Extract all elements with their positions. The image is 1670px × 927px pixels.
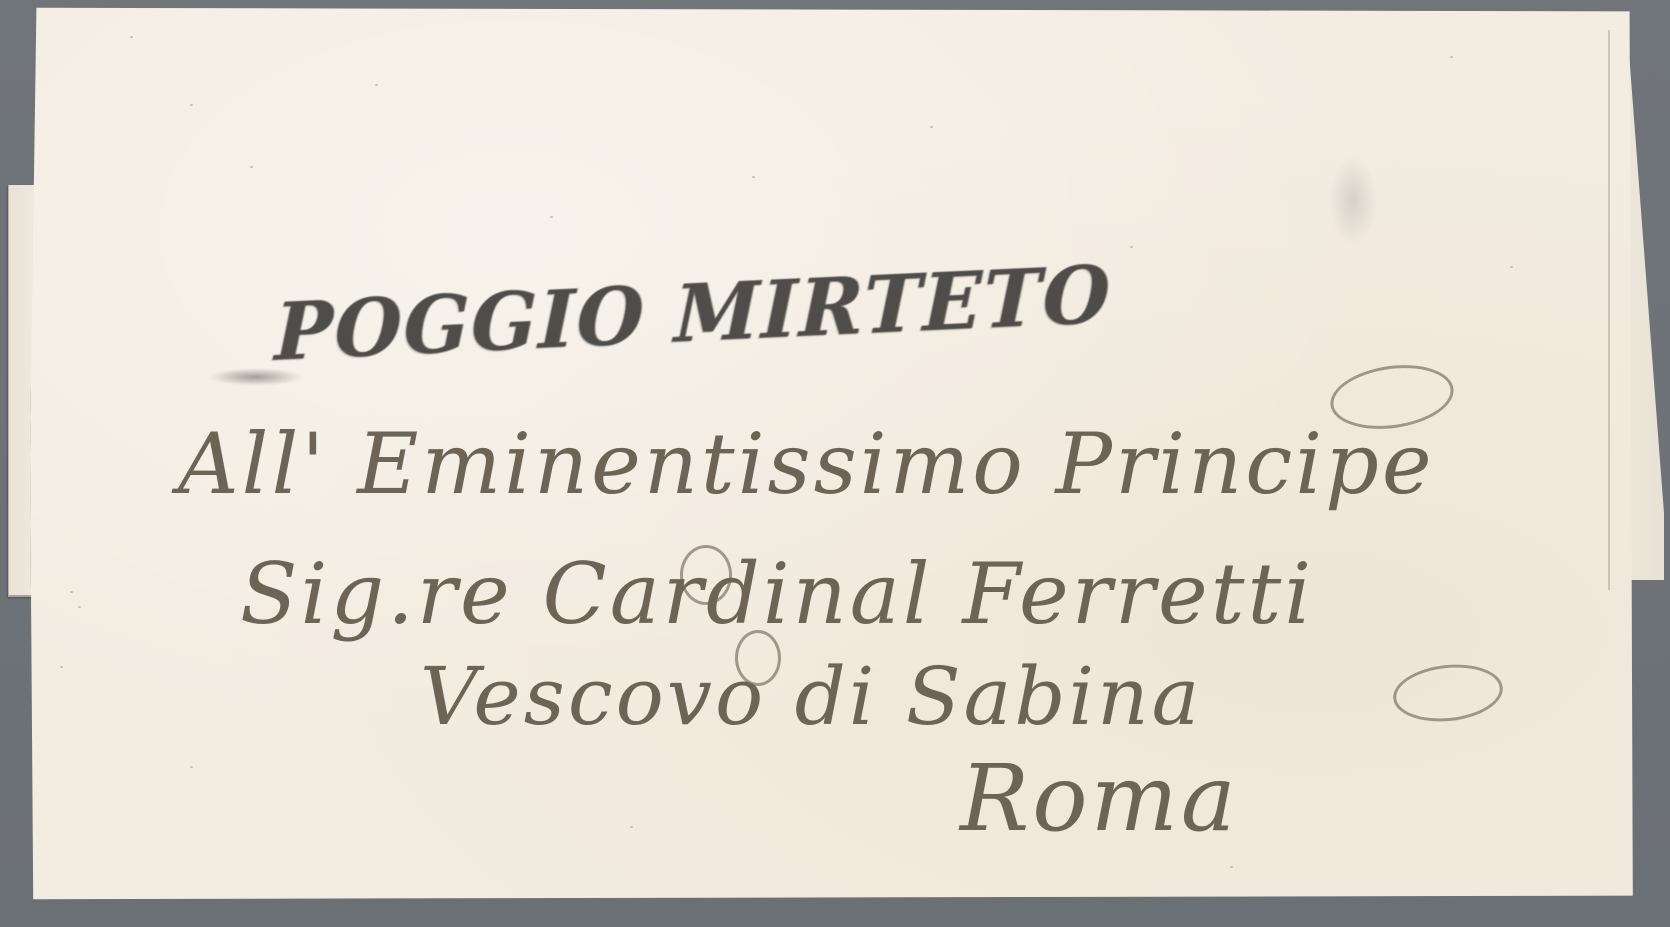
address-line-1: All' Eminentissimo Principe <box>178 415 1435 513</box>
address-line-3: Vescovo di Sabina <box>420 650 1202 743</box>
faint-backstamp <box>1328 156 1378 246</box>
address-line-2: Sig.re Cardinal Ferretti <box>240 545 1314 643</box>
fold-line <box>1608 30 1610 590</box>
address-line-4: Roma <box>960 745 1239 852</box>
photo-scene: POGGIO MIRTETO All' Eminentissimo Princi… <box>0 0 1670 927</box>
